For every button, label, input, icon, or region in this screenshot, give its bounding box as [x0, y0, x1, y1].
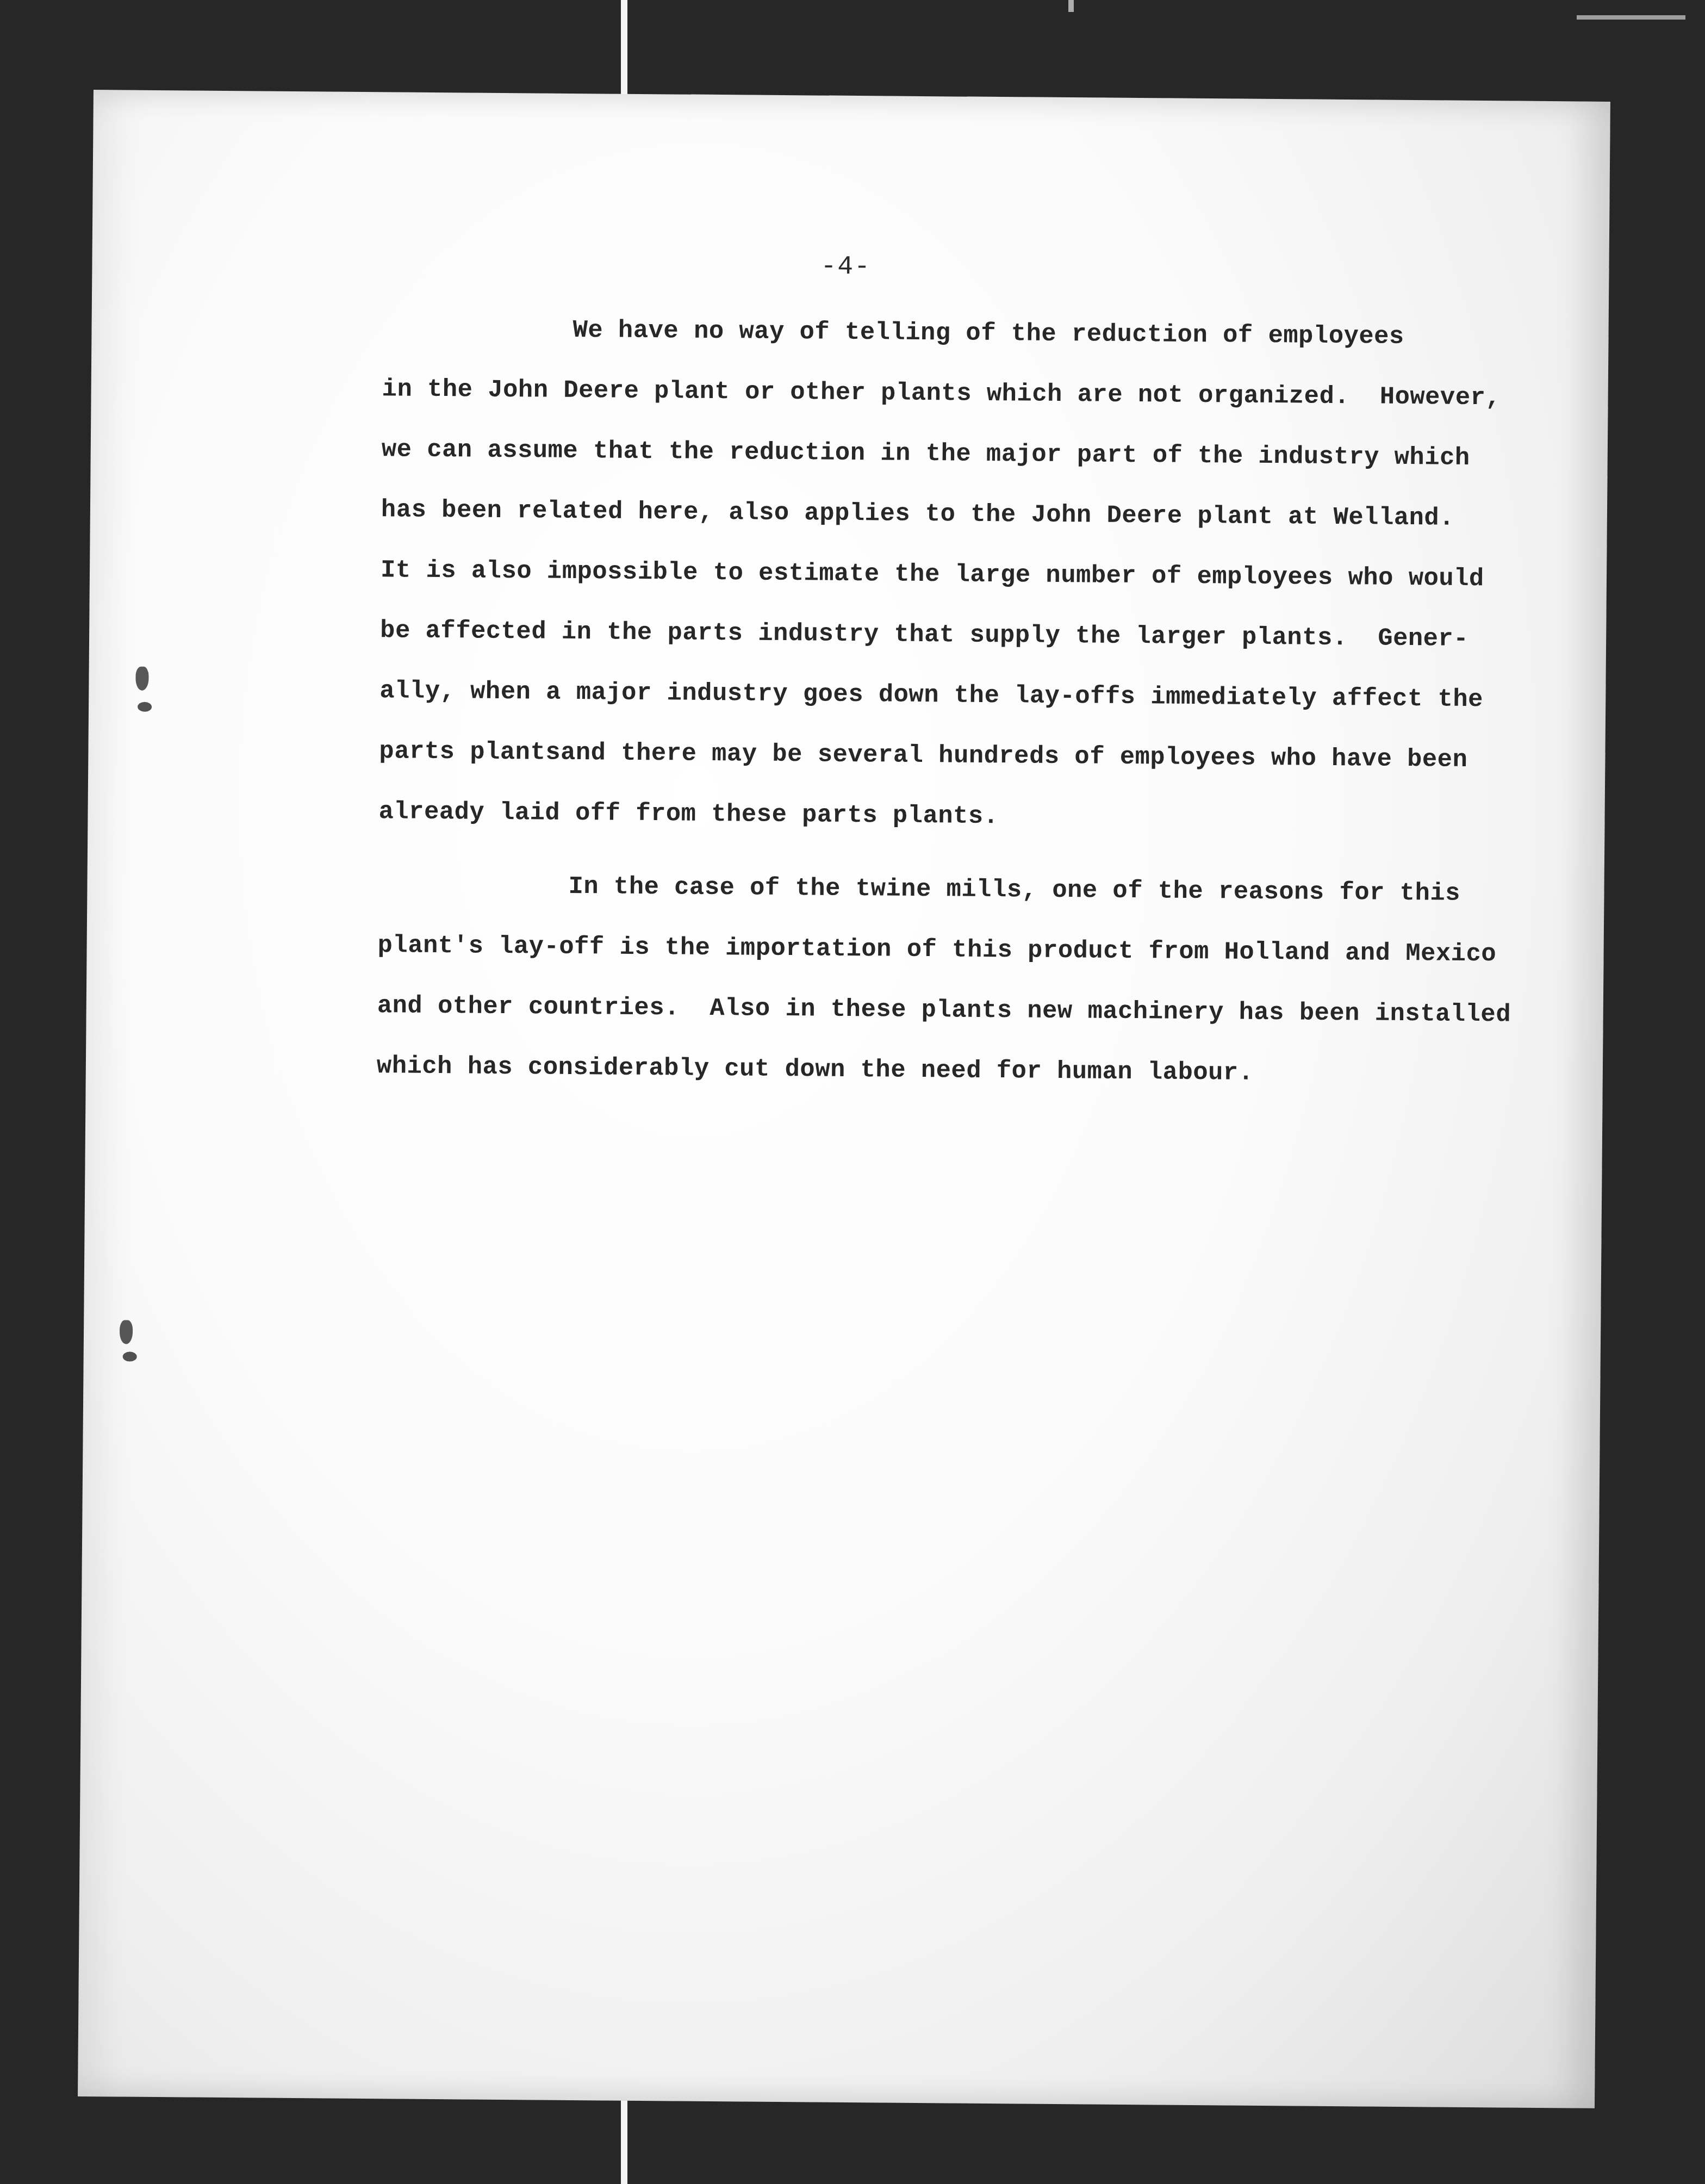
text-line: and other countries. Also in these plant…: [377, 976, 1573, 1045]
binder-hole-mark-lower: [120, 1320, 133, 1344]
microfilm-scan: -4- We have no way of telling of the red…: [0, 0, 1705, 2184]
paragraph-john-deere: We have no way of telling of the reducti…: [378, 299, 1579, 851]
text-line: plant's lay-off is the importation of th…: [377, 915, 1574, 985]
typewritten-page: -4- We have no way of telling of the red…: [78, 90, 1610, 2108]
text-line: already laid off from these parts plants…: [378, 781, 1575, 851]
text-line: In the case of the twine mills, one of t…: [378, 855, 1575, 925]
text-line: be affected in the parts industry that s…: [380, 600, 1577, 670]
text-line: in the John Deere plant or other plants …: [382, 359, 1578, 429]
text-line: which has considerably cut down the need…: [376, 1036, 1573, 1106]
film-artifact-streak: [1577, 15, 1685, 20]
paragraph-twine-mills: In the case of the twine mills, one of t…: [376, 855, 1574, 1106]
text-line: has been related here, also applies to t…: [381, 480, 1578, 549]
film-artifact-mark: [1068, 0, 1074, 12]
binder-hole-mark-upper: [135, 667, 148, 691]
text-line: It is also impossible to estimate the la…: [381, 540, 1577, 610]
film-edge-line-bottom: [621, 2088, 627, 2184]
text-line: We have no way of telling of the reducti…: [382, 299, 1579, 368]
film-edge-line-top: [621, 0, 627, 103]
text-line: we can assume that the reduction in the …: [381, 419, 1578, 489]
text-line: parts plantsand there may be several hun…: [379, 721, 1576, 791]
binder-hole-lower: [123, 1351, 137, 1361]
page-number: -4-: [820, 252, 871, 282]
text-line: ally, when a major industry goes down th…: [379, 661, 1576, 730]
binder-hole-upper: [138, 702, 152, 712]
